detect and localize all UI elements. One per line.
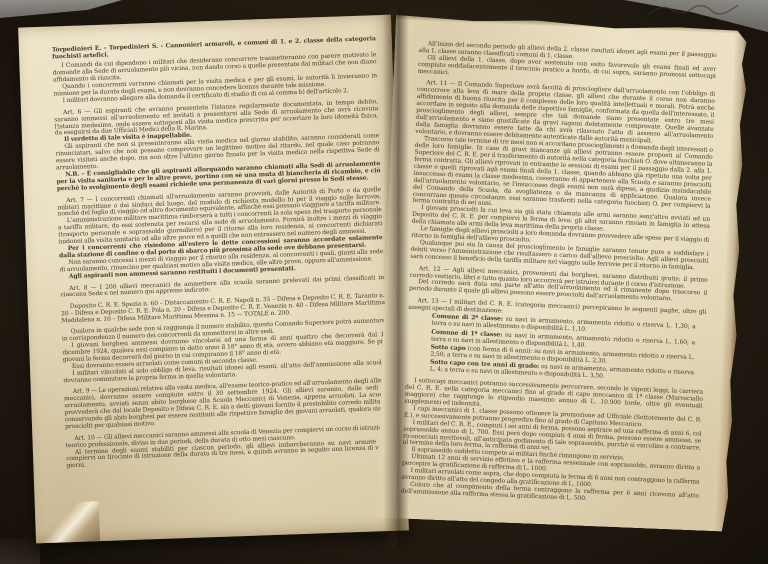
document-page-left: Torpedinieri E. - Torpedinieri S. - Cann… [18, 15, 409, 544]
paragraph: Art. 9 — Le operazioni relative alla vis… [64, 378, 389, 431]
page-right-text-column: All'inizio del secondo periodo gli allie… [401, 41, 717, 508]
paragraph: Trascorso tale termine di tre mesi non s… [412, 136, 713, 217]
table-surface-corner-top-left [0, 0, 122, 18]
table-surface-corner-bottom-left [0, 538, 40, 564]
page-corner-curl [35, 501, 100, 543]
torn-edge-right [715, 29, 750, 532]
page-left-text-column: Torpedinieri E. - Torpedinieri S. - Cann… [52, 36, 391, 470]
photograph-background: Torpedinieri E. - Torpedinieri S. - Cann… [0, 0, 768, 564]
document-page-right: All'inizio del secondo periodo gli allie… [376, 15, 750, 532]
handwritten-ink-mark [644, 0, 748, 22]
